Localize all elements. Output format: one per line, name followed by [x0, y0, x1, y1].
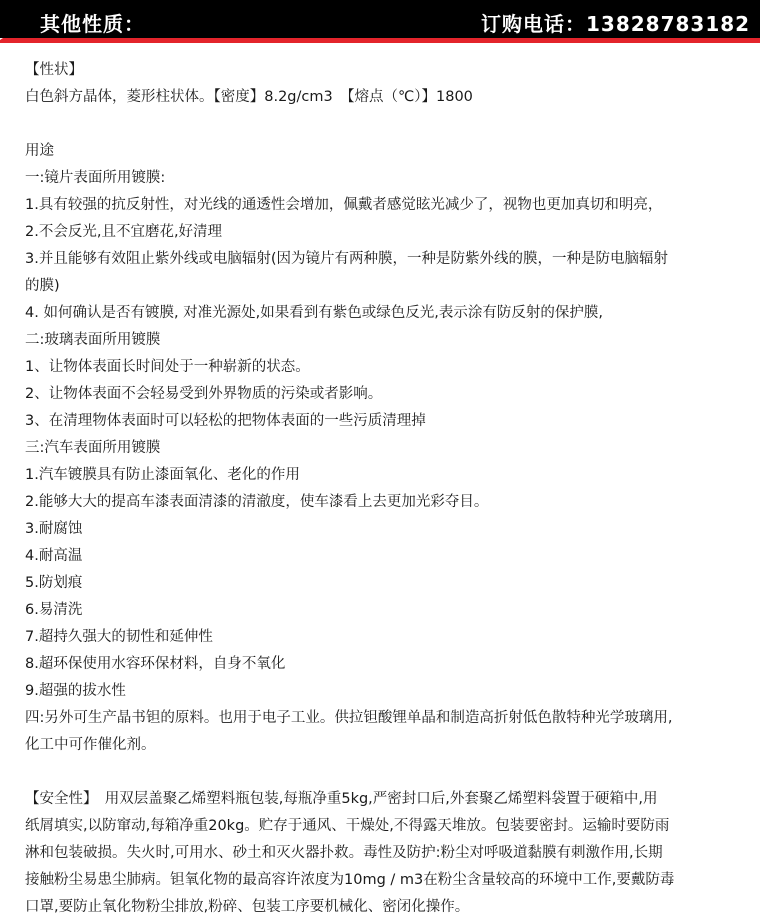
safety-paragraph-line: 纸屑填实,以防窜动,每箱净重20kg。贮存于通风、干燥处,不得露天堆放。包装要密… [25, 813, 755, 840]
section-title-car: 三:汽车表面所用镀膜 [25, 435, 755, 462]
section-other-uses-cont: 化工中可作催化剂。 [25, 732, 755, 759]
safety-paragraph-line: 口罩,要防止氧化物粉尘排放,粉碎、包装工序要机械化、密闭化操作。 [25, 894, 755, 921]
list-item: 1.具有较强的抗反射性，对光线的通透性会增加，佩戴者感觉眩光减少了，视物也更加真… [25, 192, 755, 219]
usage-heading: 用途 [25, 138, 755, 165]
list-item: 6.易清洗 [25, 597, 755, 624]
list-item: 5.防划痕 [25, 570, 755, 597]
section-other-uses: 四:另外可生产晶书钽的原料。也用于电子工业。供拉钽酸锂单晶和制造高折射低色散特种… [25, 705, 755, 732]
list-item: 4.耐高温 [25, 543, 755, 570]
list-item: 3、在清理物体表面时可以轻松的把物体表面的一些污质清理掉 [25, 408, 755, 435]
safety-paragraph-line: 【安全性】 用双层盖聚乙烯塑料瓶包装,每瓶净重5kg,严密封口后,外套聚乙烯塑料… [25, 786, 755, 813]
list-item: 1.汽车镀膜具有防止漆面氧化、老化的作用 [25, 462, 755, 489]
properties-heading: 【性状】 [25, 57, 755, 84]
spacer [25, 759, 755, 786]
list-item: 2、让物体表面不会轻易受到外界物质的污染或者影响。 [25, 381, 755, 408]
section-title-glass: 二:玻璃表面所用镀膜 [25, 327, 755, 354]
order-phone: 订购电话：13828783182 [481, 8, 750, 37]
properties-description: 白色斜方晶体，菱形柱状体。【密度】8.2g/cm3 【熔点（℃）】1800 [25, 84, 755, 111]
safety-paragraph-line: 淋和包装破损。失火时,可用水、砂土和灭火器扑救。毒性及防护:粉尘对呼吸道黏膜有刺… [25, 840, 755, 867]
safety-paragraph-line: 接触粉尘易患尘肺病。钽氧化物的最高容许浓度为10mg / m3在粉尘含量较高的环… [25, 867, 755, 894]
content-body: 【性状】 白色斜方晶体，菱形柱状体。【密度】8.2g/cm3 【熔点（℃）】18… [25, 57, 755, 921]
list-item: 2.不会反光,且不宜磨花,好清理 [25, 219, 755, 246]
list-item: 3.并且能够有效阻止紫外线或电脑辐射(因为镜片有两种膜，一种是防紫外线的膜，一种… [25, 246, 755, 273]
spacer [25, 111, 755, 138]
list-item: 8.超环保使用水容环保材料，自身不氧化 [25, 651, 755, 678]
accent-divider [0, 38, 760, 43]
list-item: 1、让物体表面长时间处于一种崭新的状态。 [25, 354, 755, 381]
section-title: 其他性质： [40, 8, 145, 37]
header-bar: 其他性质： 订购电话：13828783182 [0, 0, 760, 38]
list-item: 3.耐腐蚀 [25, 516, 755, 543]
section-title-lens: 一:镜片表面所用镀膜: [25, 165, 755, 192]
list-item: 7.超持久强大的韧性和延伸性 [25, 624, 755, 651]
list-item: 2.能够大大的提高车漆表面清漆的清澈度，使车漆看上去更加光彩夺目。 [25, 489, 755, 516]
list-item: 4. 如何确认是否有镀膜, 对准光源处,如果看到有紫色或绿色反光,表示涂有防反射… [25, 300, 755, 327]
list-item: 的膜) [25, 273, 755, 300]
list-item: 9.超强的拔水性 [25, 678, 755, 705]
